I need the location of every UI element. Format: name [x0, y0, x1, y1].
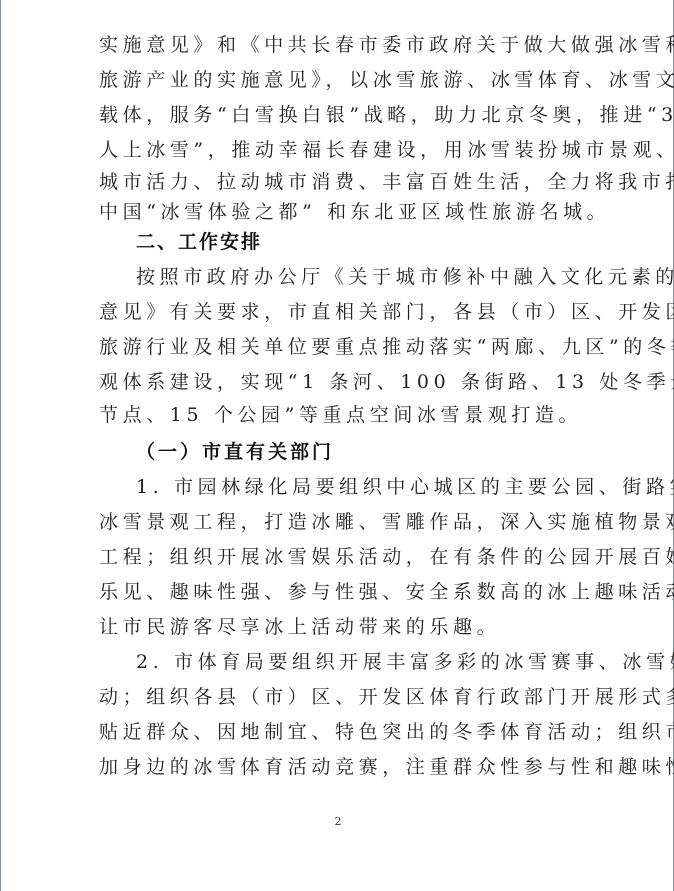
paragraph-1-line: 实施意见》和《中共长春市委市政府关于做大做强冰雪和避暑: [99, 30, 579, 60]
paragraph-1-line: 城市活力、拉动城市消费、丰富百姓生活，全力将我市打造成: [99, 167, 579, 197]
item-1-line: 让市民游客尽享冰上活动带来的乐趣。: [99, 612, 579, 642]
section-heading: 二、工作安排: [136, 227, 579, 257]
item-1-line: 乐见、趣味性强、参与性强、安全系数高的冰上趣味活动项目，: [99, 577, 579, 607]
paragraph-2-line: 观体系建设，实现“1 条河、100 条街路、13 处冬季景观风貌: [99, 367, 579, 397]
paragraph-2-line: 意见》有关要求，市直相关部门，各县（市）区、开发区，各: [99, 297, 579, 327]
item-2-line: 加身边的冰雪体育活动竞赛，注重群众性参与性和趣味性，推: [99, 752, 579, 782]
paragraph-1-line: 人上冰雪”，推动幸福长春建设，用冰雪装扮城市景观、激发: [99, 135, 579, 165]
item-1-line: 工程；组织开展冰雪娱乐活动，在有条件的公园开展百姓喜闻: [99, 542, 579, 572]
item-2-line: 2. 市体育局要组织开展丰富多彩的冰雪赛事、冰雪娱乐活: [136, 647, 579, 677]
item-1-line: 1. 市园林绿化局要组织中心城区的主要公园、街路实施: [136, 472, 579, 502]
item-2-line: 动；组织各县（市）区、开发区体育行政部门开展形式多样、: [99, 682, 579, 712]
paragraph-2-line: 按照市政府办公厅《关于城市修补中融入文化元素的实施: [136, 262, 579, 292]
document-page: 实施意见》和《中共长春市委市政府关于做大做强冰雪和避暑 旅游产业的实施意见》，以…: [0, 0, 674, 891]
paragraph-1-line: 旅游产业的实施意见》，以冰雪旅游、冰雪体育、冰雪文化为: [99, 65, 579, 95]
item-1-line: 冰雪景观工程，打造冰雕、雪雕作品，深入实施植物景观提升: [99, 507, 579, 537]
page-number: 2: [328, 815, 348, 828]
paragraph-1-line: 中国“冰雪体验之都” 和东北亚区域性旅游名城。: [99, 197, 579, 227]
paragraph-1-line: 载体，服务“白雪换白银”战略，助力北京冬奥，推进“3 亿: [99, 100, 579, 130]
item-2-line: 贴近群众、因地制宜、特色突出的冬季体育活动；组织市民参: [99, 717, 579, 747]
paragraph-2-line: 旅游行业及相关单位要重点推动落实“两廊、九区”的冬季景: [99, 332, 579, 362]
subsection-heading: （一）市直有关部门: [136, 437, 579, 467]
paragraph-2-line: 节点、15 个公园”等重点空间冰雪景观打造。: [99, 400, 579, 430]
